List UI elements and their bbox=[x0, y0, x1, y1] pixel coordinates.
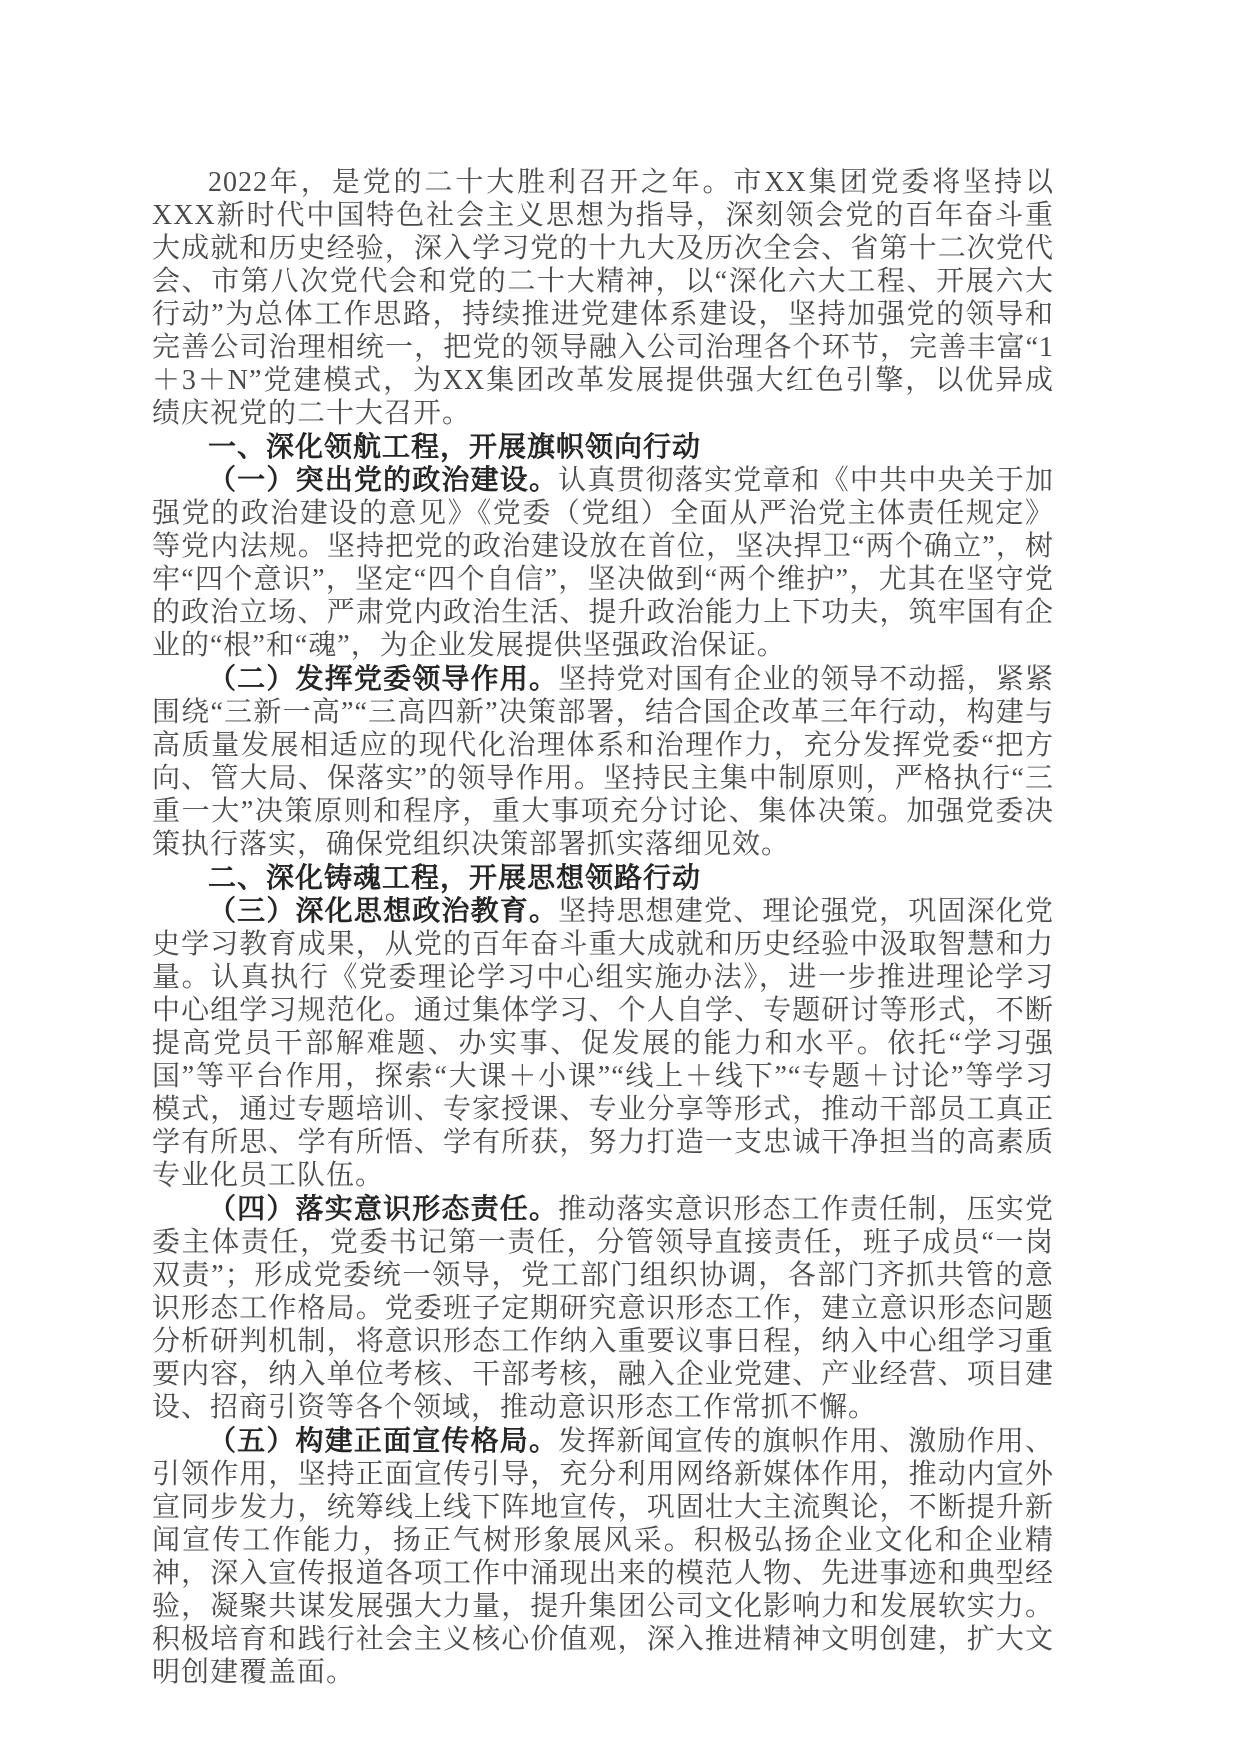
subsection-lead: （二）发挥党委领导作用。 bbox=[208, 663, 558, 694]
paragraph-intro: 2022年，是党的二十大胜利召开之年。市XX集团党委将坚持以XXX新时代中国特色… bbox=[152, 166, 1054, 430]
paragraph-text: 2022年，是党的二十大胜利召开之年。市XX集团党委将坚持以XXX新时代中国特色… bbox=[152, 167, 1054, 429]
section-heading-1: 一、深化领航工程，开展旗帜领向行动 bbox=[152, 430, 1054, 463]
subsection-lead: （四）落实意识形态责任。 bbox=[208, 1193, 558, 1224]
document-body: 2022年，是党的二十大胜利召开之年。市XX集团党委将坚持以XXX新时代中国特色… bbox=[152, 166, 1054, 1689]
section-heading-text: 二、深化铸魂工程，开展思想领路行动 bbox=[208, 862, 701, 893]
document-page: 2022年，是党的二十大胜利召开之年。市XX集团党委将坚持以XXX新时代中国特色… bbox=[0, 0, 1240, 1754]
paragraph-text: 坚持思想建党、理论强党，巩固深化党史学习教育成果，从党的百年奋斗重大成就和历史经… bbox=[152, 896, 1054, 1191]
paragraph-subsection-5: （五）构建正面宣传格局。发挥新闻宣传的旗帜作用、激励作用、引领作用，坚持正面宣传… bbox=[152, 1424, 1054, 1689]
paragraph-subsection-4: （四）落实意识形态责任。推动落实意识形态工作责任制，压实党委主体责任，党委书记第… bbox=[152, 1192, 1054, 1424]
section-heading-text: 一、深化领航工程，开展旗帜领向行动 bbox=[208, 431, 701, 462]
subsection-lead: （一）突出党的政治建设。 bbox=[208, 464, 558, 495]
paragraph-text: 发挥新闻宣传的旗帜作用、激励作用、引领作用，坚持正面宣传引导，充分利用网络新媒体… bbox=[152, 1426, 1054, 1688]
paragraph-subsection-1: （一）突出党的政治建设。认真贯彻落实党章和《中共中央关于加强党的政治建设的意见》… bbox=[152, 463, 1054, 662]
paragraph-text: 推动落实意识形态工作责任制，压实党委主体责任，党委书记第一责任，分管领导直接责任… bbox=[152, 1194, 1054, 1423]
section-heading-2: 二、深化铸魂工程，开展思想领路行动 bbox=[152, 861, 1054, 894]
paragraph-subsection-2: （二）发挥党委领导作用。坚持党对国有企业的领导不动摇，紧紧围绕“三新一高”“三高… bbox=[152, 662, 1054, 861]
subsection-lead: （三）深化思想政治教育。 bbox=[208, 895, 558, 926]
paragraph-subsection-3: （三）深化思想政治教育。坚持思想建党、理论强党，巩固深化党史学习教育成果，从党的… bbox=[152, 894, 1054, 1192]
subsection-lead: （五）构建正面宣传格局。 bbox=[208, 1425, 558, 1456]
